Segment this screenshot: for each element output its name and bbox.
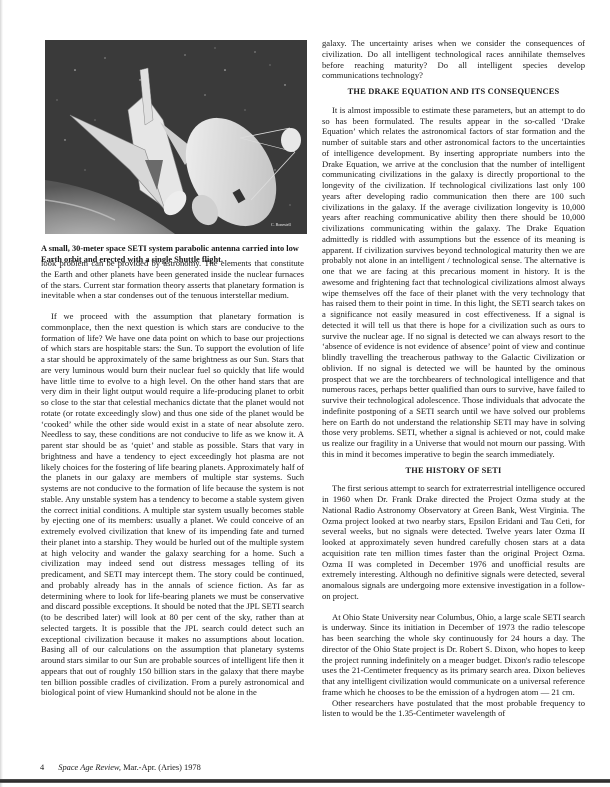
publication-name: Space Age Review,	[58, 763, 121, 772]
page-footer: 4 Space Age Review, Mar.-Apr. (Aries) 19…	[40, 763, 201, 772]
page-number: 4	[40, 763, 44, 772]
space-illustration-graphic: C. Bonestell	[45, 40, 307, 234]
shuttle-antenna-illustration: C. Bonestell	[45, 40, 307, 234]
left-paragraph-1: look problem can be provided by astronom…	[41, 258, 304, 301]
history-paragraph-1: The first serious attempt to search for …	[322, 483, 585, 601]
drake-paragraph-1: It is almost impossible to estimate thes…	[322, 105, 585, 460]
section-heading-drake-equation: THE DRAKE EQUATION AND ITS CONSEQUENCES	[322, 87, 585, 98]
right-column: galaxy. The uncertainty arises when we c…	[322, 38, 585, 719]
artist-signature: C. Bonestell	[271, 222, 292, 227]
left-paragraph-2: If we proceed with the assumption that p…	[41, 311, 304, 698]
page-bottom-edge	[0, 779, 610, 783]
section-heading-history-of-seti: THE HISTORY OF SETI	[322, 466, 585, 477]
history-paragraph-3: Other researchers have postulated that t…	[322, 698, 585, 720]
issue-date: Mar.-Apr. (Aries) 1978	[123, 763, 201, 772]
page-left-edge	[0, 0, 3, 787]
right-intro-paragraph: galaxy. The uncertainty arises when we c…	[322, 38, 585, 81]
left-column: look problem can be provided by astronom…	[41, 258, 304, 698]
history-paragraph-2: At Ohio State University near Columbus, …	[322, 612, 585, 698]
